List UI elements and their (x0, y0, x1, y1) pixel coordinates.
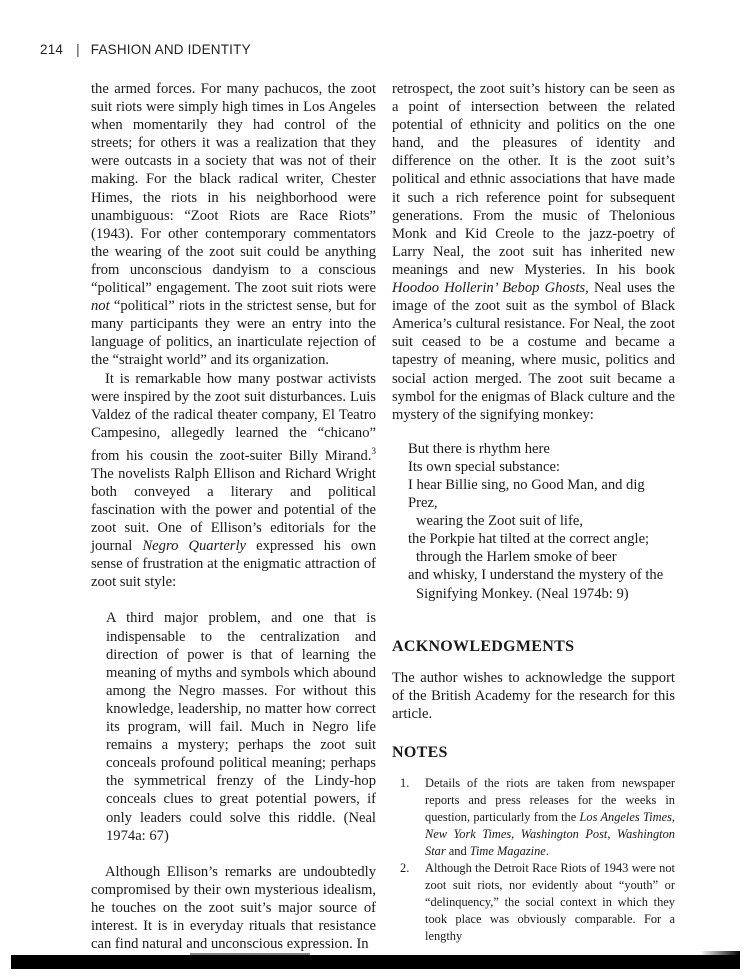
notes-list: 1. Details of the riots are taken from n… (392, 775, 675, 945)
paragraph: It is remarkable how many postwar activi… (91, 370, 376, 592)
verse-line: the Porkpie hat tilted at the correct an… (408, 530, 675, 548)
paragraph: the armed forces. For many pachucos, the… (91, 80, 376, 370)
verse-line: Its own special substance: (408, 458, 675, 476)
acknowledgments-text: The author wishes to acknowledge the sup… (392, 669, 675, 723)
verse-line: Signifying Monkey. (Neal 1974b: 9) (408, 585, 675, 603)
running-head: 214 | FASHION AND IDENTITY (40, 42, 251, 57)
left-column: the armed forces. For many pachucos, the… (91, 80, 376, 953)
notes-heading: NOTES (392, 743, 675, 763)
verse-line: through the Harlem smoke of beer (408, 548, 675, 566)
header-separator: | (76, 42, 80, 57)
verse-line: I hear Billie sing, no Good Man, and dig… (408, 476, 675, 512)
footnote-ref[interactable]: 3 (372, 446, 377, 456)
paragraph: retrospect, the zoot suit’s history can … (392, 80, 675, 424)
right-column: retrospect, the zoot suit’s history can … (392, 80, 675, 945)
page-number: 214 (40, 42, 63, 57)
paragraph: Although Ellison’s remarks are undoubted… (91, 863, 376, 953)
scan-edge-bar (11, 955, 740, 969)
emphasis: not (91, 298, 110, 314)
note-item: 2. Although the Detroit Race Riots of 19… (400, 860, 675, 945)
book-title: Hoodoo Hollerin’ Bebop Ghosts, (392, 280, 589, 296)
note-item: 1. Details of the riots are taken from n… (400, 775, 675, 860)
block-quote: A third major problem, and one that is i… (106, 609, 376, 844)
verse-line: But there is rhythm here (408, 440, 675, 458)
verse-line: and whisky, I understand the mystery of … (408, 566, 675, 584)
verse-quote: But there is rhythm here Its own special… (408, 440, 675, 603)
note-number: 1. (400, 775, 409, 792)
note-number: 2. (400, 860, 409, 877)
verse-line: wearing the Zoot suit of life, (408, 512, 675, 530)
section-title: FASHION AND IDENTITY (91, 42, 251, 57)
journal-title: Negro Quarterly (142, 538, 246, 554)
acknowledgments-heading: ACKNOWLEDGMENTS (392, 637, 675, 657)
